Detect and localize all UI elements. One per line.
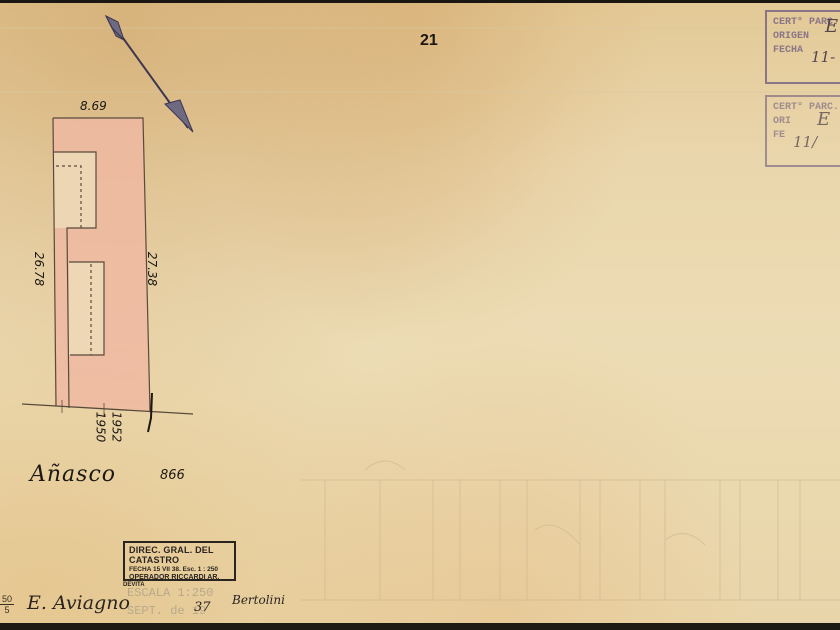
stamp-handwritten-origin: E: [825, 20, 838, 34]
scan-border: [0, 623, 840, 630]
fraction-numerator: 50: [0, 594, 14, 604]
catastro-title: DIREC. GRAL. DEL CATASTRO: [129, 545, 230, 565]
right-depth-dimension: 27.38: [145, 252, 159, 286]
catastro-operator: OPERADOR RICCARDI AR.: [129, 574, 230, 581]
signature-left: E. Aviagno: [27, 592, 130, 614]
front-width-dimension: 8.69: [80, 99, 107, 113]
parcel-plan: [0, 0, 300, 500]
house-number: 1950: [93, 412, 107, 443]
stamp-handwritten-origin: E: [817, 113, 830, 127]
block-number: 866: [160, 468, 185, 483]
scale-label: ESCALA 1:250: [127, 586, 213, 600]
fraction-denominator: 5: [0, 604, 14, 615]
fraction-mark: 50 5: [0, 594, 14, 615]
certificate-stamp-origin: CERT° PARC. ORIGEN FECHA E 11-: [765, 10, 840, 84]
signature-right: Bertolini: [232, 593, 285, 607]
date-year-handwritten: 37: [194, 600, 211, 615]
building-footprint: [69, 262, 104, 355]
certificate-stamp-second: CERT° PARC. ORI FE E 11/: [765, 95, 840, 167]
stamp-handwritten-date: 11/: [793, 135, 817, 149]
house-number: 1952: [109, 412, 123, 443]
street-name: Añasco: [30, 462, 116, 487]
north-arrow-icon: [106, 16, 193, 132]
stamp-handwritten-date: 11-: [811, 50, 835, 64]
catastro-stamp: DIREC. GRAL. DEL CATASTRO FECHA 15 VII 3…: [123, 541, 236, 581]
left-depth-dimension: 26.78: [32, 252, 46, 286]
building-footprint: [54, 152, 96, 228]
catastro-date-scale: FECHA 15 VII 38. Esc. 1 : 250: [129, 566, 230, 573]
